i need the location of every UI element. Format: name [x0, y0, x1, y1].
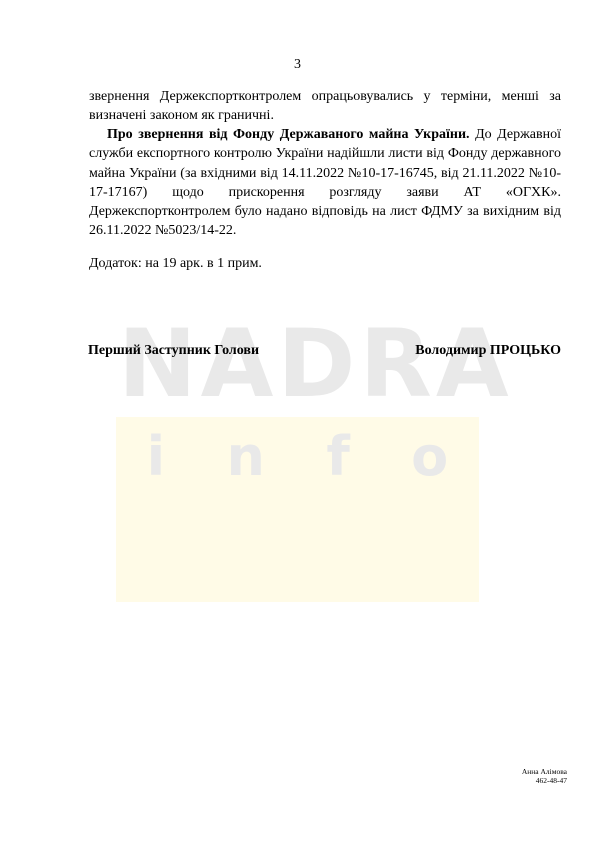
attachment-note: Додаток: на 19 арк. в 1 прим. — [89, 254, 561, 273]
paragraph-heading: Про звернення від Фонду Державаного майн… — [107, 127, 470, 142]
paragraph-continuation: звернення Держекспортконтролем опрацьову… — [89, 87, 561, 126]
watermark-nadra: NADRA — [118, 318, 478, 412]
watermark-info: i n f o — [116, 430, 479, 484]
signatory-name: Володимир ПРОЦЬКО — [415, 343, 561, 359]
page-number: 3 — [0, 57, 595, 73]
executor-name: Анна Алімова — [522, 767, 567, 776]
paragraph-body: До Державної служби експортного контролю… — [89, 127, 561, 238]
watermark-letter: n — [227, 430, 265, 484]
signatory-position: Перший Заступник Голови — [88, 343, 259, 359]
watermark-letter: f — [326, 430, 350, 484]
executor-footer: Анна Алімова 462-48-47 — [522, 767, 567, 785]
watermark-letter: o — [411, 430, 448, 484]
executor-phone: 462-48-47 — [522, 776, 567, 785]
watermark-letter: i — [147, 430, 166, 484]
paragraph-fdmu-appeal: Про звернення від Фонду Державаного майн… — [89, 125, 561, 241]
